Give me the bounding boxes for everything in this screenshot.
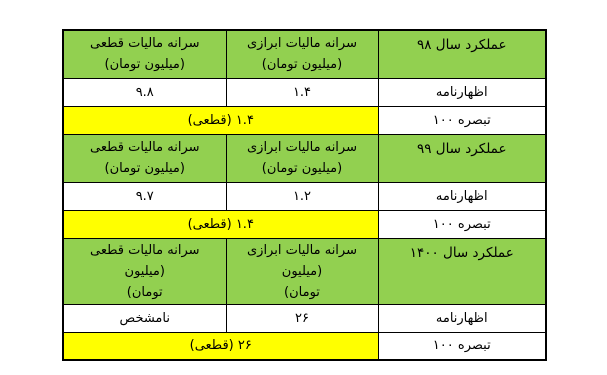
note100-highlight-cell: ۱.۴ (قطعی)	[63, 210, 378, 238]
tax-comparison-table: عملکرد سال ۹۸ سرانه مالیات ابرازی (میلیو…	[62, 29, 547, 361]
note100-row-99: تبصره ۱۰۰ ۱.۴ (قطعی)	[63, 210, 546, 238]
declared-value-cell: ۱.۴	[226, 78, 378, 106]
section-1400-header-row: عملکرد سال ۱۴۰۰ سرانه مالیات ابرازی (میل…	[63, 238, 546, 304]
row-label-cell: تبصره ۱۰۰	[378, 332, 546, 360]
declared-value-cell: ۲۶	[226, 304, 378, 332]
section-99-header-row: عملکرد سال ۹۹ سرانه مالیات ابرازی (میلیو…	[63, 134, 546, 182]
note100-highlight-cell: ۱.۴ (قطعی)	[63, 106, 378, 134]
row-label-cell: تبصره ۱۰۰	[378, 210, 546, 238]
declared-value-cell: ۱.۲	[226, 182, 378, 210]
definitive-value-cell: ۹.۷	[63, 182, 226, 210]
note100-row-98: تبصره ۱۰۰ ۱.۴ (قطعی)	[63, 106, 546, 134]
declaration-row-1400: اظهارنامه ۲۶ نامشخص	[63, 304, 546, 332]
declared-tax-header-cell: سرانه مالیات ابرازی (میلیون تومان)	[226, 134, 378, 182]
definitive-tax-header-cell: سرانه مالیات قطعی (میلیون تومان)	[63, 30, 226, 78]
year-1400-header-cell: عملکرد سال ۱۴۰۰	[378, 238, 546, 304]
year-98-header-cell: عملکرد سال ۹۸	[378, 30, 546, 78]
definitive-value-cell: نامشخص	[63, 304, 226, 332]
section-98-header-row: عملکرد سال ۹۸ سرانه مالیات ابرازی (میلیو…	[63, 30, 546, 78]
definitive-tax-header-cell: سرانه مالیات قطعی (میلیون تومان)	[63, 134, 226, 182]
row-label-cell: تبصره ۱۰۰	[378, 106, 546, 134]
declaration-row-98: اظهارنامه ۱.۴ ۹.۸	[63, 78, 546, 106]
definitive-value-cell: ۹.۸	[63, 78, 226, 106]
declared-tax-header-cell: سرانه مالیات ابرازی (میلیون تومان)	[226, 30, 378, 78]
year-99-header-cell: عملکرد سال ۹۹	[378, 134, 546, 182]
declared-tax-header-cell: سرانه مالیات ابرازی (میلیون تومان)	[226, 238, 378, 304]
note100-highlight-cell: ۲۶ (قطعی)	[63, 332, 378, 360]
definitive-tax-header-cell: سرانه مالیات قطعی (میلیون تومان)	[63, 238, 226, 304]
declaration-row-99: اظهارنامه ۱.۲ ۹.۷	[63, 182, 546, 210]
row-label-cell: اظهارنامه	[378, 78, 546, 106]
note100-row-1400: تبصره ۱۰۰ ۲۶ (قطعی)	[63, 332, 546, 360]
row-label-cell: اظهارنامه	[378, 182, 546, 210]
row-label-cell: اظهارنامه	[378, 304, 546, 332]
